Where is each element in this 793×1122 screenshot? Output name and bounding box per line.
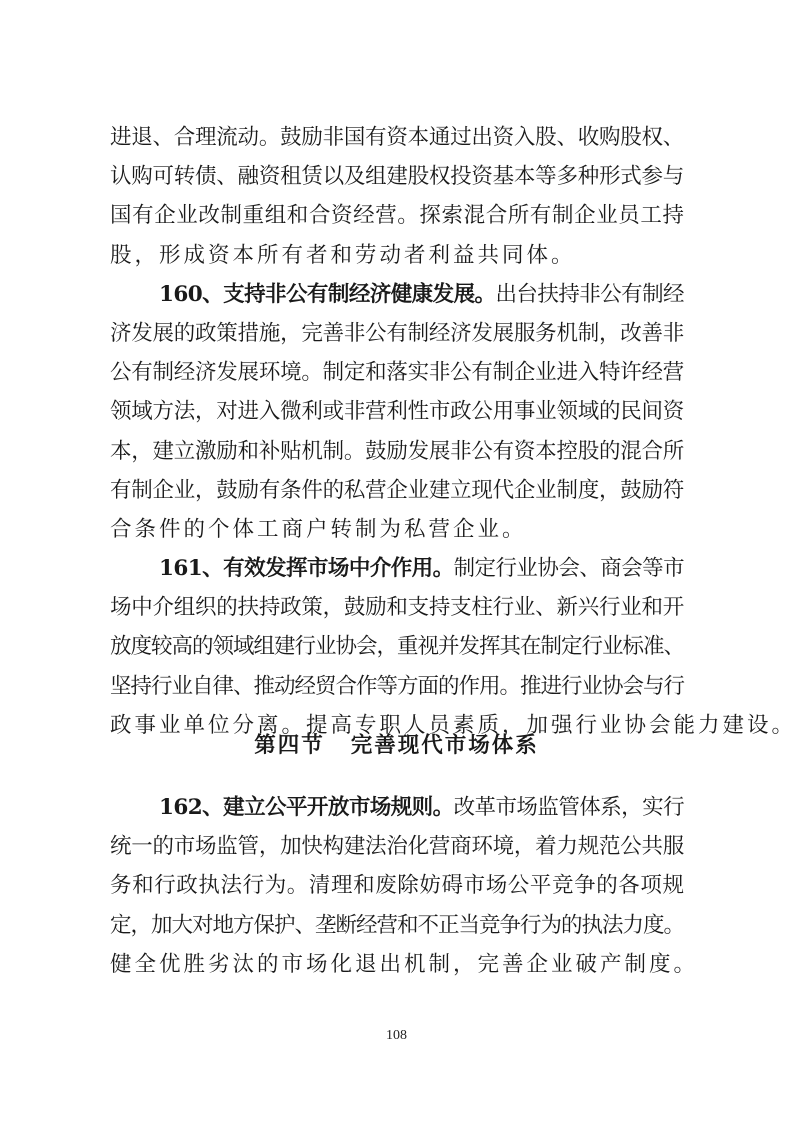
text-line: 国有企业改制重组和合资经营。探索混合所有制企业员工持 [110, 196, 684, 235]
item-text: 出台扶持非公有制经 [495, 282, 684, 307]
text-line: 进退、合理流动。鼓励非国有资本通过出资入股、收购股权、 [110, 118, 684, 157]
paragraph-item-161: 161、有效发挥市场中介作用。制定行业协会、商会等市 场中介组织的扶持政策，鼓励… [110, 549, 684, 745]
text-line: 务和行政执法行为。清理和废除妨碍市场公平竞争的各项规 [110, 866, 684, 905]
page-number: 108 [0, 1028, 793, 1044]
text-line: 领域方法，对进入微利或非营利性市政公用事业领域的民间资 [110, 392, 684, 431]
paragraph-item-160: 160、支持非公有制经济健康发展。出台扶持非公有制经 济发展的政策措施，完善非公… [110, 275, 684, 549]
text-line: 健全优胜劣汰的市场化退出机制，完善企业破产制度。 [110, 945, 684, 984]
paragraph-first-line: 161、有效发挥市场中介作用。制定行业协会、商会等市 [110, 549, 684, 588]
section-body: 162、建立公平开放市场规则。改革市场监管体系，实行 统一的市场监管，加快构建法… [110, 788, 684, 984]
text-line: 有制企业，鼓励有条件的私营企业建立现代企业制度，鼓励符 [110, 471, 684, 510]
item-title: 有效发挥市场中介作用。 [223, 556, 453, 581]
section-heading: 第四节完善现代市场体系 [0, 731, 793, 761]
item-text: 制定行业协会、商会等市 [454, 556, 684, 581]
item-title: 建立公平开放市场规则。 [223, 795, 453, 820]
text-line: 定，加大对地方保护、垄断经营和不正当竞争行为的执法力度。 [110, 906, 684, 945]
text-line: 合条件的个体工商户转制为私营企业。 [110, 510, 684, 549]
text-line: 认购可转债、融资租赁以及组建股权投资基本等多种形式参与 [110, 157, 684, 196]
item-number: 160、 [159, 282, 223, 307]
section-title: 完善现代市场体系 [351, 733, 539, 758]
paragraph-item-162: 162、建立公平开放市场规则。改革市场监管体系，实行 统一的市场监管，加快构建法… [110, 788, 684, 984]
text-line: 股，形成资本所有者和劳动者利益共同体。 [110, 236, 684, 275]
text-line: 公有制经济发展环境。制定和落实非公有制企业进入特许经营 [110, 353, 684, 392]
paragraph-first-line: 160、支持非公有制经济健康发展。出台扶持非公有制经 [110, 275, 684, 314]
paragraph-continuation: 进退、合理流动。鼓励非国有资本通过出资入股、收购股权、 认购可转债、融资租赁以及… [110, 118, 684, 275]
item-text: 改革市场监管体系，实行 [454, 795, 684, 820]
document-body: 进退、合理流动。鼓励非国有资本通过出资入股、收购股权、 认购可转债、融资租赁以及… [110, 118, 684, 745]
item-title: 支持非公有制经济健康发展。 [223, 282, 495, 307]
text-line: 本，建立激励和补贴机制。鼓励发展非公有资本控股的混合所 [110, 432, 684, 471]
text-line: 济发展的政策措施，完善非公有制经济发展服务机制，改善非 [110, 314, 684, 353]
section-label: 第四节 [254, 733, 325, 758]
item-number: 162、 [159, 795, 223, 820]
item-number: 161、 [159, 556, 223, 581]
paragraph-first-line: 162、建立公平开放市场规则。改革市场监管体系，实行 [110, 788, 684, 827]
text-line: 放度较高的领域组建行业协会，重视并发挥其在制定行业标准、 [110, 627, 684, 666]
text-line: 统一的市场监管，加快构建法治化营商环境，着力规范公共服 [110, 827, 684, 866]
text-line: 坚持行业自律、推动经贸合作等方面的作用。推进行业协会与行 [110, 667, 684, 706]
text-line: 场中介组织的扶持政策，鼓励和支持支柱行业、新兴行业和开 [110, 588, 684, 627]
